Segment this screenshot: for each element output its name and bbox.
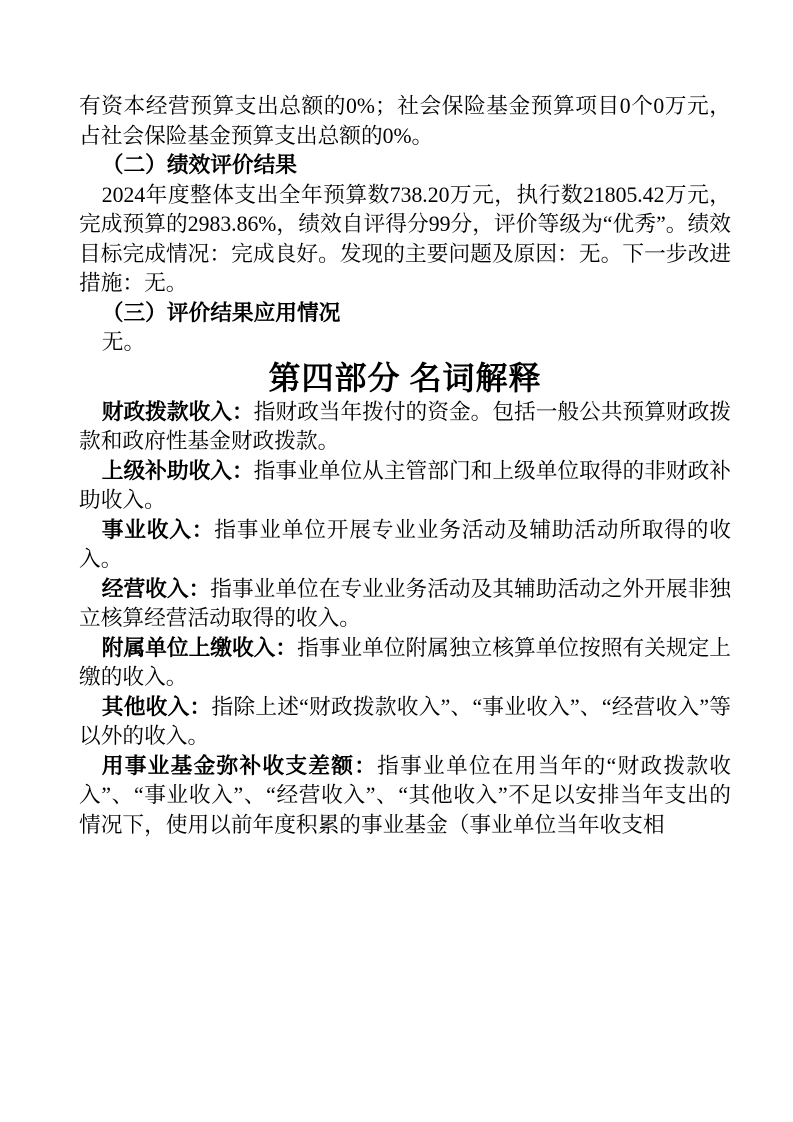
part4-title: 第四部分 名词解释 [79, 358, 731, 398]
term-name: 其他收入： [102, 695, 212, 719]
term-name: 上级补助收入： [102, 459, 254, 483]
heading-performance-evaluation-result: （二）绩效评价结果 [79, 151, 731, 181]
term-definition-business-income: 经营收入：指事业单位在专业业务活动及其辅助活动之外开展非独立核算经营活动取得的收… [79, 575, 731, 634]
document-page: 有资本经营预算支出总额的0%；社会保险基金预算项目0个0万元，占社会保险基金预算… [0, 0, 793, 1122]
term-definition-affiliated-unit-remittance-income: 附属单位上缴收入：指事业单位附属独立核算单位按照有关规定上缴的收入。 [79, 634, 731, 693]
term-name: 财政拨款收入： [102, 400, 254, 424]
term-name: 附属单位上缴收入： [102, 636, 297, 660]
paragraph-performance-evaluation-detail: 2024年度整体支出全年预算数738.20万元，执行数21805.42万元，完成… [79, 181, 731, 299]
term-definition-operational-income: 事业收入：指事业单位开展专业业务活动及辅助活动所取得的收入。 [79, 516, 731, 575]
heading-evaluation-result-application: （三）评价结果应用情况 [79, 299, 731, 329]
term-definition-superior-subsidy-income: 上级补助收入：指事业单位从主管部门和上级单位取得的非财政补助收入。 [79, 457, 731, 516]
term-definition-use-of-institutional-fund: 用事业基金弥补收支差额：指事业单位在用当年的“财政拨款收入”、“事业收入”、“经… [79, 752, 731, 841]
term-name: 经营收入： [102, 577, 210, 601]
term-name: 用事业基金弥补收支差额： [102, 754, 377, 778]
term-definition-fiscal-appropriation-income: 财政拨款收入：指财政当年拨付的资金。包括一般公共预算财政拨款和政府性基金财政拨款… [79, 398, 731, 457]
term-definition-other-income: 其他收入：指除上述“财政拨款收入”、“事业收入”、“经营收入”等以外的收入。 [79, 693, 731, 752]
paragraph-evaluation-result-application: 无。 [79, 328, 731, 358]
paragraph-budget-continuation: 有资本经营预算支出总额的0%；社会保险基金预算项目0个0万元，占社会保险基金预算… [79, 92, 731, 151]
term-name: 事业收入： [102, 518, 215, 542]
